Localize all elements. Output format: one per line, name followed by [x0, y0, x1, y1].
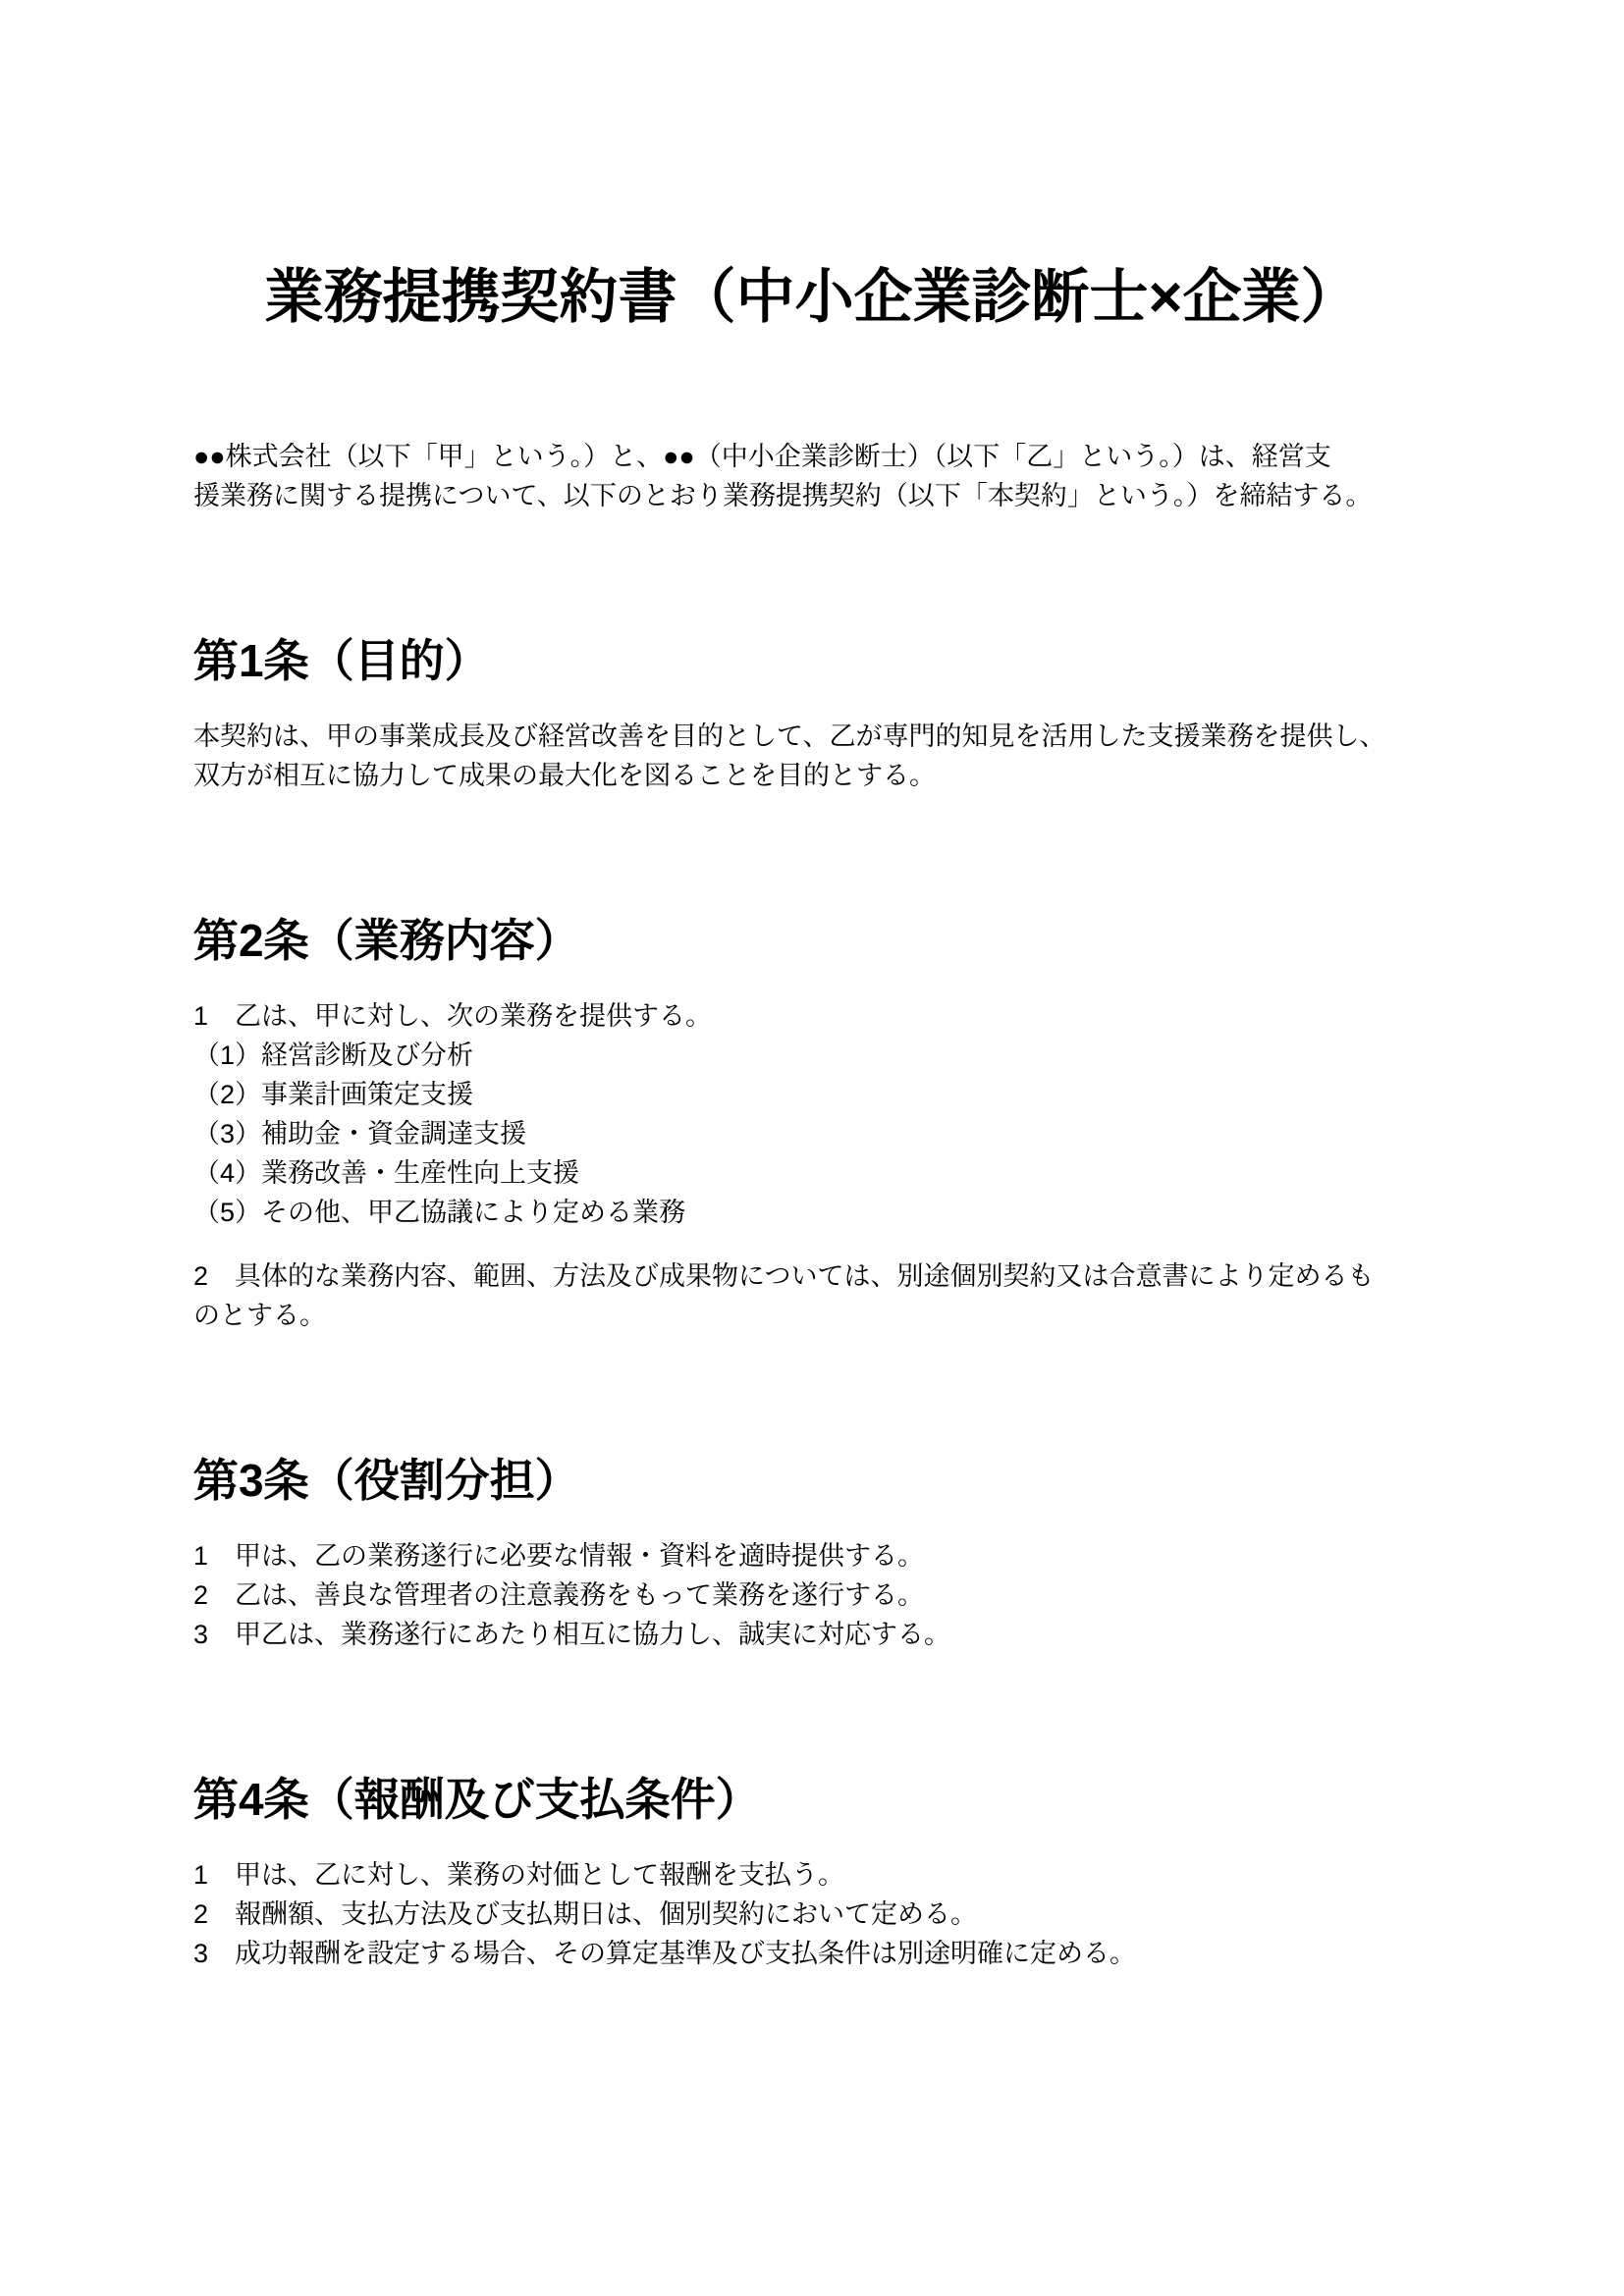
- article-2-service-list: 1 乙は、甲に対し、次の業務を提供する。 （1）経営診断及び分析 （2）事業計画…: [193, 996, 1431, 1232]
- intro-paragraph: ●●株式会社（以下「甲」という。）と、●●（中小企業診断士）（以下「乙」という。…: [193, 437, 1431, 515]
- article-4-heading: 第4条（報酬及び支払条件）: [193, 1768, 1431, 1831]
- article-2-heading: 第2条（業務内容）: [193, 909, 1431, 972]
- article-2-clause-2: 2 具体的な業務内容、範囲、方法及び成果物については、別途個別契約又は合意書によ…: [193, 1256, 1431, 1335]
- article-1-body: 本契約は、甲の事業成長及び経営改善を目的として、乙が専門的知見を活用した支援業務…: [193, 717, 1431, 795]
- article-1-heading: 第1条（目的）: [193, 629, 1431, 692]
- article-3-clauses: 1 甲は、乙の業務遂行に必要な情報・資料を適時提供する。 2 乙は、善良な管理者…: [193, 1536, 1431, 1654]
- section-article-1: 第1条（目的） 本契約は、甲の事業成長及び経営改善を目的として、乙が専門的知見を…: [193, 629, 1431, 795]
- document-title: 業務提携契約書（中小企業診断士×企業）: [193, 258, 1431, 337]
- section-article-3: 第3条（役割分担） 1 甲は、乙の業務遂行に必要な情報・資料を適時提供する。 2…: [193, 1449, 1431, 1654]
- section-article-2: 第2条（業務内容） 1 乙は、甲に対し、次の業務を提供する。 （1）経営診断及び…: [193, 909, 1431, 1335]
- article-4-clauses: 1 甲は、乙に対し、業務の対価として報酬を支払う。 2 報酬額、支払方法及び支払…: [193, 1855, 1431, 1973]
- article-3-heading: 第3条（役割分担）: [193, 1449, 1431, 1512]
- section-article-4: 第4条（報酬及び支払条件） 1 甲は、乙に対し、業務の対価として報酬を支払う。 …: [193, 1768, 1431, 1973]
- document-page: 業務提携契約書（中小企業診断士×企業） ●●株式会社（以下「甲」という。）と、●…: [0, 0, 1624, 2296]
